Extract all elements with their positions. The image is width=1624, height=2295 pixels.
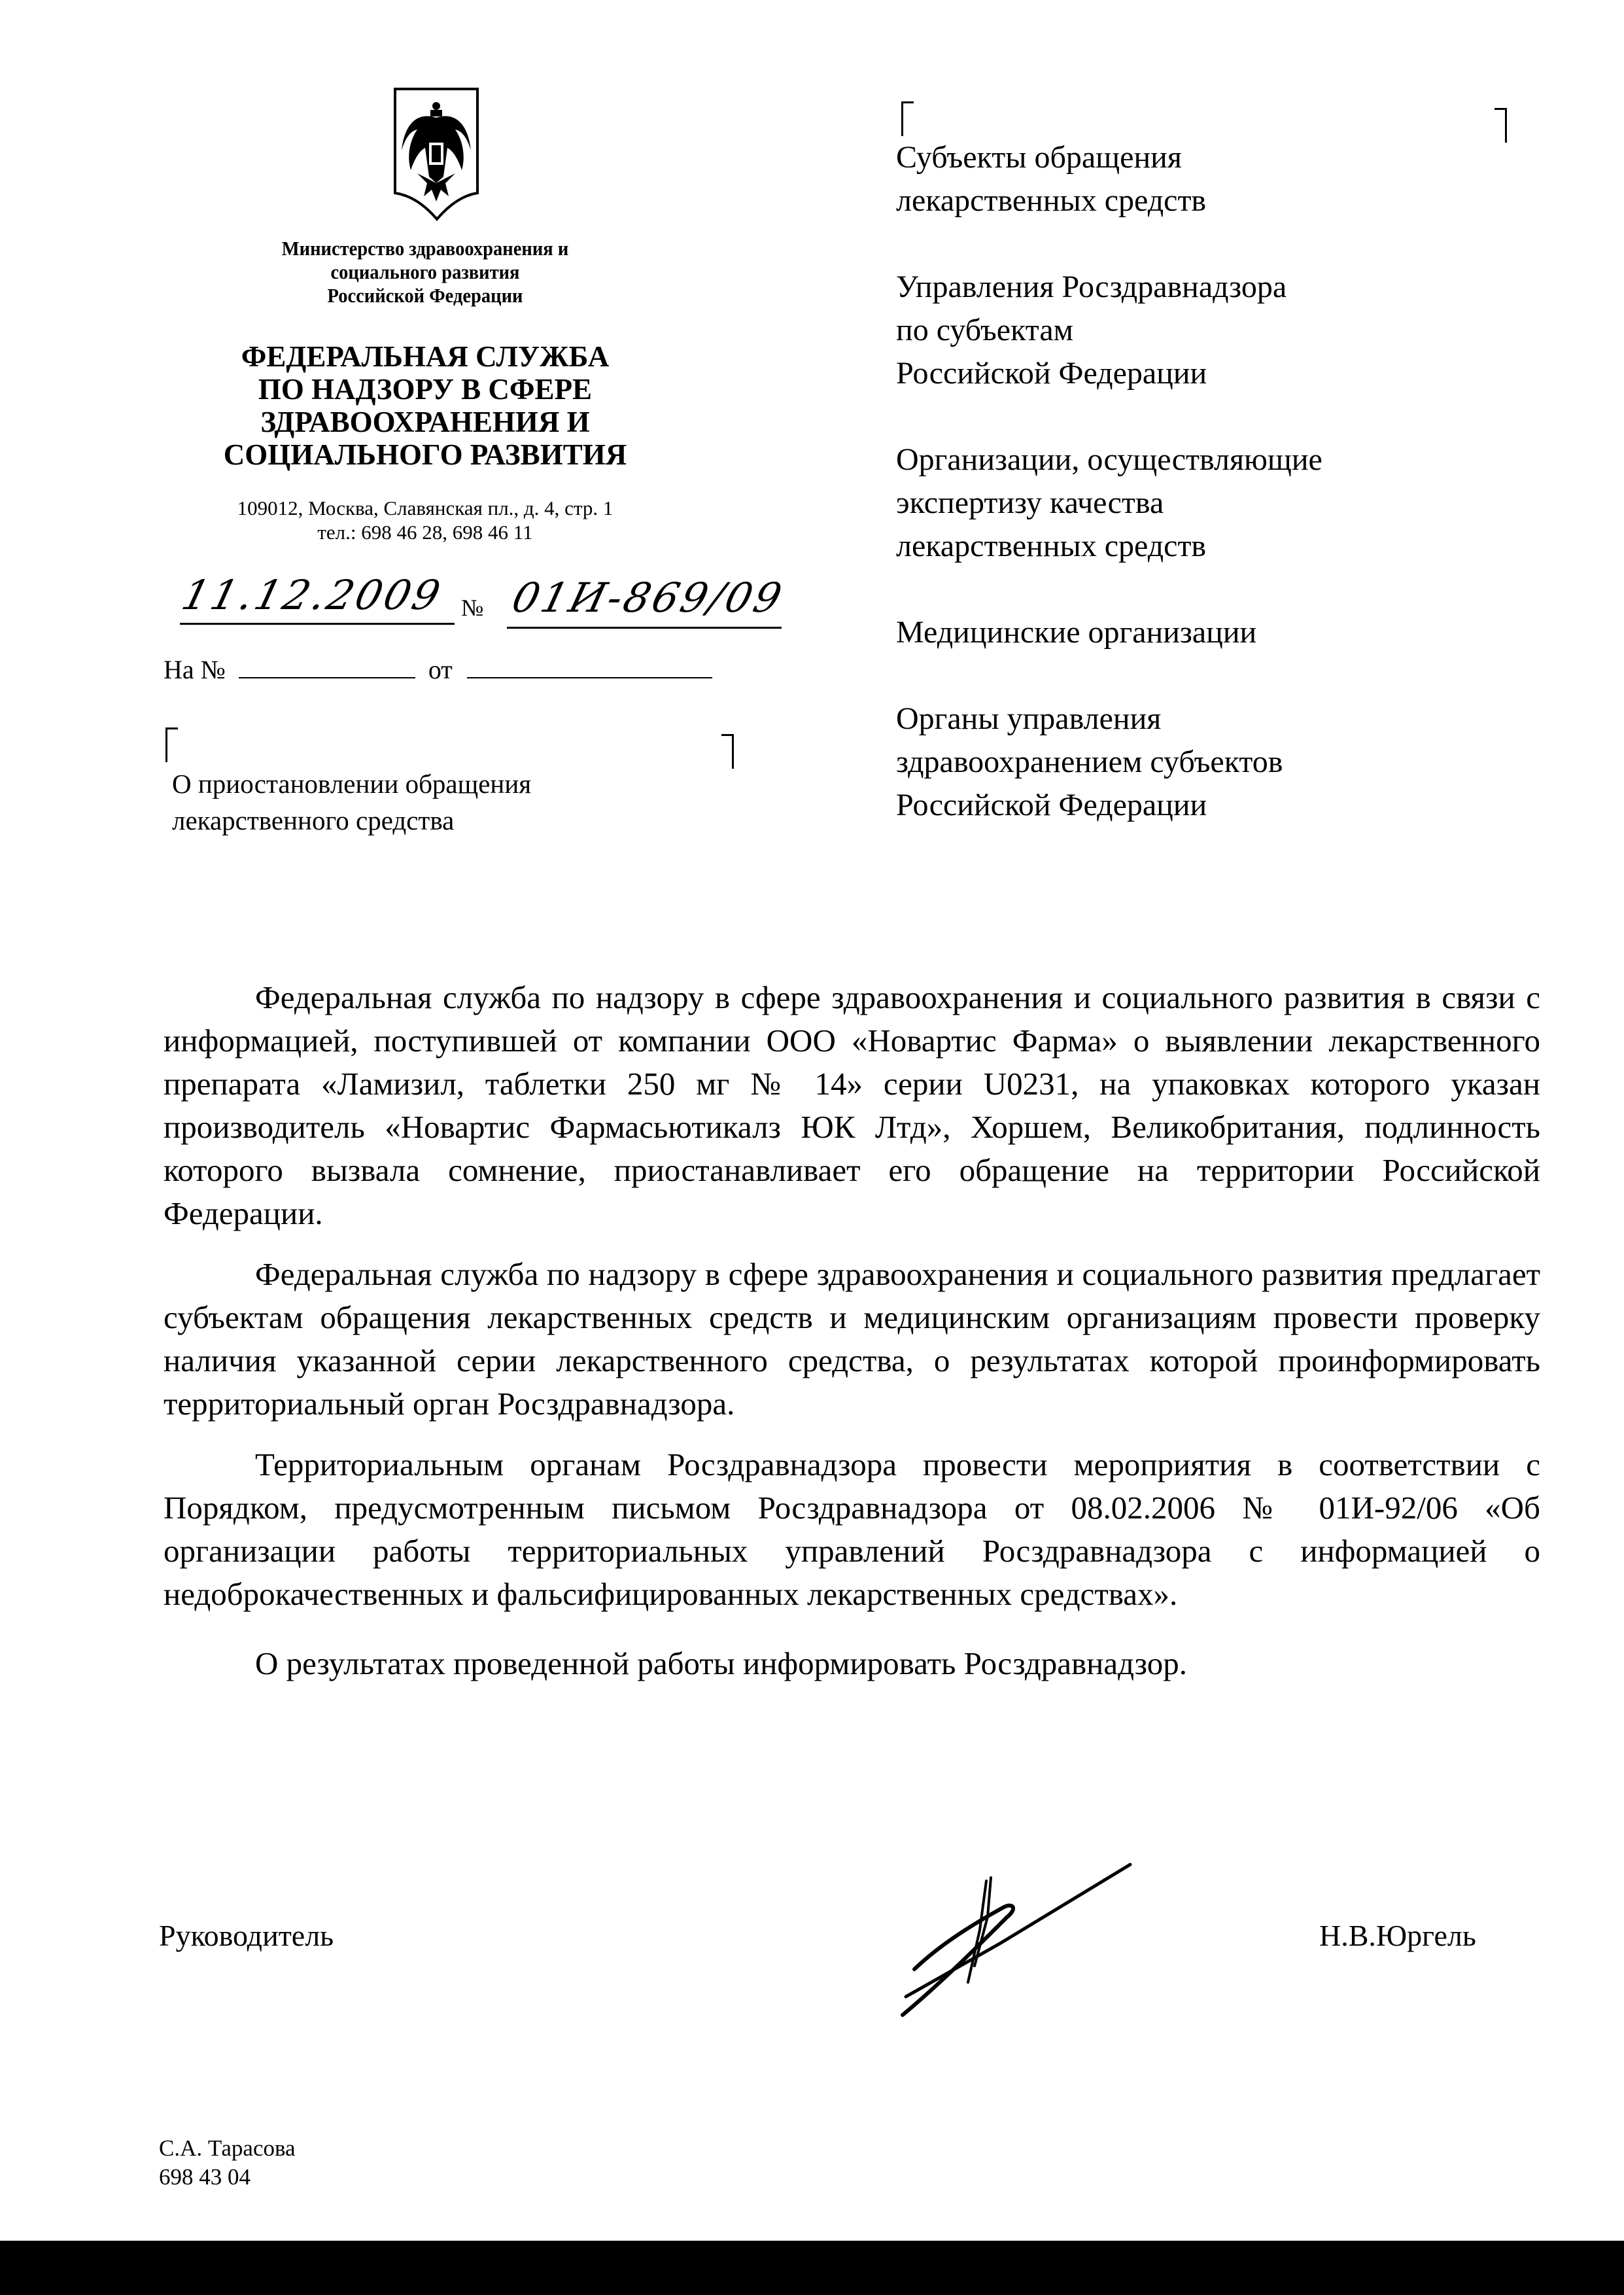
signer-name: Н.В.Юргель [1319,1918,1476,1953]
ministry-line: Российской Федерации [215,284,636,307]
addressee-line: Медицинские организации [896,611,1550,654]
registration-date-field: 11.12.2009 [180,569,455,625]
service-line: ЗДРАВООХРАНЕНИЯ И [164,406,687,438]
reply-date-blank [467,656,712,678]
addressee-line: лекарственных средств [896,179,1550,222]
addressee-line: Органы управления [896,697,1550,741]
addressee-bracket-left [901,101,914,136]
addressee-item: Субъекты обращения лекарственных средств [896,136,1550,222]
registration-line: 11.12.2009 № 01И-869/09 [164,569,818,635]
addressee-line: Организации, осуществляющие [896,438,1550,482]
addressee-item: Организации, осуществляющие экспертизу к… [896,438,1550,568]
service-line: СОЦИАЛЬНОГО РАЗВИТИЯ [164,438,687,471]
address-line: 109012, Москва, Славянская пл., д. 4, ст… [164,496,687,520]
addressee-line: экспертизу качества [896,482,1550,525]
addressee-item: Медицинские организации [896,611,1550,654]
reply-number-label: На № [164,655,226,684]
addressee-list: Субъекты обращения лекарственных средств… [896,136,1550,870]
service-line: ПО НАДЗОРУ В СФЕРЕ [164,373,687,406]
addressee-line: Субъекты обращения [896,136,1550,179]
addressee-line: по субъектам [896,309,1550,352]
registration-date: 11.12.2009 [177,571,447,619]
subject-bracket-left [165,727,178,762]
body-paragraph: О результатах проведенной работы информи… [164,1642,1540,1685]
scan-border [0,2241,1624,2295]
phone-line: тел.: 698 46 28, 698 46 11 [164,520,687,544]
number-sign-label: № [461,594,483,622]
addressee-item: Управления Росздравнадзора по субъектам … [896,266,1550,395]
letter-subject: О приостановлении обращения лекарственно… [172,765,695,839]
ministry-line: Министерство здравоохранения и [215,237,636,260]
reply-date-label: от [428,655,453,684]
service-name: ФЕДЕРАЛЬНАЯ СЛУЖБА ПО НАДЗОРУ В СФЕРЕ ЗД… [164,340,687,471]
subject-line: лекарственного средства [172,802,695,839]
ministry-line: социального развития [215,260,636,284]
addressee-line: Российской Федерации [896,352,1550,395]
addressee-line: Управления Росздравнадзора [896,266,1550,309]
addressee-line: здравоохранением субъектов [896,741,1550,784]
registration-number: 01И-869/09 [508,574,789,622]
subject-bracket-right [721,734,734,769]
handwritten-signature-icon [896,1851,1315,2028]
body-paragraph: Федеральная служба по надзору в сфере зд… [164,976,1540,1235]
coat-of-arms-icon [391,85,481,222]
signer-title: Руководитель [159,1918,334,1953]
reply-reference-line: На № от [164,654,818,693]
addressee-line: лекарственных средств [896,525,1550,568]
body-paragraph: Федеральная служба по надзору в сфере зд… [164,1253,1540,1426]
executor-info: С.А. Тарасова 698 43 04 [159,2134,296,2192]
executor-name: С.А. Тарасова [159,2134,296,2163]
executor-phone: 698 43 04 [159,2163,296,2192]
addressee-line: Российской Федерации [896,784,1550,827]
addressee-item: Органы управления здравоохранением субъе… [896,697,1550,827]
registration-number-field: 01И-869/09 [507,569,782,629]
service-address: 109012, Москва, Славянская пл., д. 4, ст… [164,496,687,544]
letter-body: Федеральная служба по надзору в сфере зд… [164,976,1540,1703]
subject-line: О приостановлении обращения [172,765,695,802]
body-paragraph: Территориальным органам Росздравнадзора … [164,1443,1540,1616]
service-line: ФЕДЕРАЛЬНАЯ СЛУЖБА [164,340,687,373]
reply-number-blank [239,656,415,678]
ministry-name: Министерство здравоохранения и социально… [215,237,636,307]
